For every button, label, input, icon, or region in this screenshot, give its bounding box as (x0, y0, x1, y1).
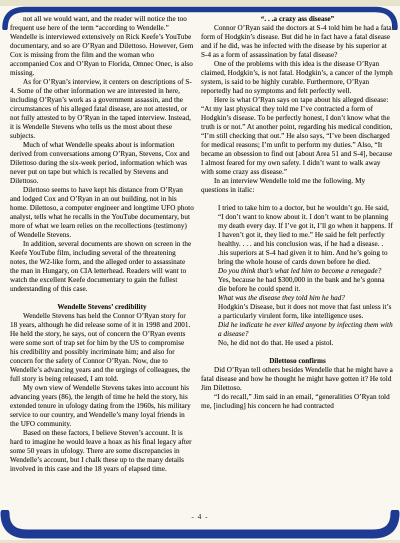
paragraph: “I do recall,” Jim said in an email, “ge… (201, 393, 394, 411)
interview-question: Do you think that’s what led him to beco… (218, 267, 394, 276)
paragraph: not all we would want, and the reader wi… (10, 15, 194, 78)
interview-answer: No, he did not do that. He used a pistol… (218, 339, 394, 348)
interview-answer: Yes, because he had $300,000 in the bank… (218, 276, 394, 294)
paragraph: In addition, several documents are shown… (10, 240, 194, 294)
interview-answer: I tried to take him to a doctor, but he … (218, 204, 394, 267)
paragraph: In an interview Wendelle told me the fol… (201, 177, 394, 195)
scanned-document-page: not all we would want, and the reader wi… (0, 0, 400, 543)
interview-question: Did he indicate he ever killed anyone by… (218, 321, 394, 339)
paragraph: Much of what Wendelle speaks about is in… (10, 141, 194, 186)
bottom-border-path (5, 513, 395, 534)
section-heading-confirms: Dilettoso confirms (201, 357, 394, 366)
page-body: not all we would want, and the reader wi… (10, 15, 394, 474)
paragraph: Wendelle Stevens has held the Connor O’R… (10, 312, 194, 384)
bottom-border-bar (0, 510, 400, 543)
paragraph: My own view of Wendelle Stevens takes in… (10, 384, 194, 429)
paragraph: Dilettoso seems to have kept his distanc… (10, 186, 194, 240)
paragraph: Connor O’Ryan said the doctors at S-4 to… (201, 24, 394, 60)
left-column: not all we would want, and the reader wi… (10, 15, 194, 474)
interview-answer: Hodgkin’s Disease, but it does not move … (218, 303, 394, 321)
interview-question: What was the disease they told him he ha… (218, 294, 394, 303)
paragraph: Did O’Ryan tell others besides Wendelle … (201, 366, 394, 393)
interview-block: I tried to take him to a doctor, but he … (218, 204, 394, 348)
section-heading-disease: “. . .a crazy ass disease” (201, 15, 394, 24)
right-column: “. . .a crazy ass disease” Connor O’Ryan… (201, 15, 394, 474)
paragraph: One of the problems with this idea is th… (201, 60, 394, 96)
paragraph: As for O’Ryan’s interview, it centers on… (10, 78, 194, 141)
paragraph: Here is what O’Ryan says on tape about h… (201, 96, 394, 177)
section-heading-credibility: Wendelle Stevens’ credibility (10, 303, 194, 312)
paragraph: Based on these factors, I believe Steven… (10, 429, 194, 474)
